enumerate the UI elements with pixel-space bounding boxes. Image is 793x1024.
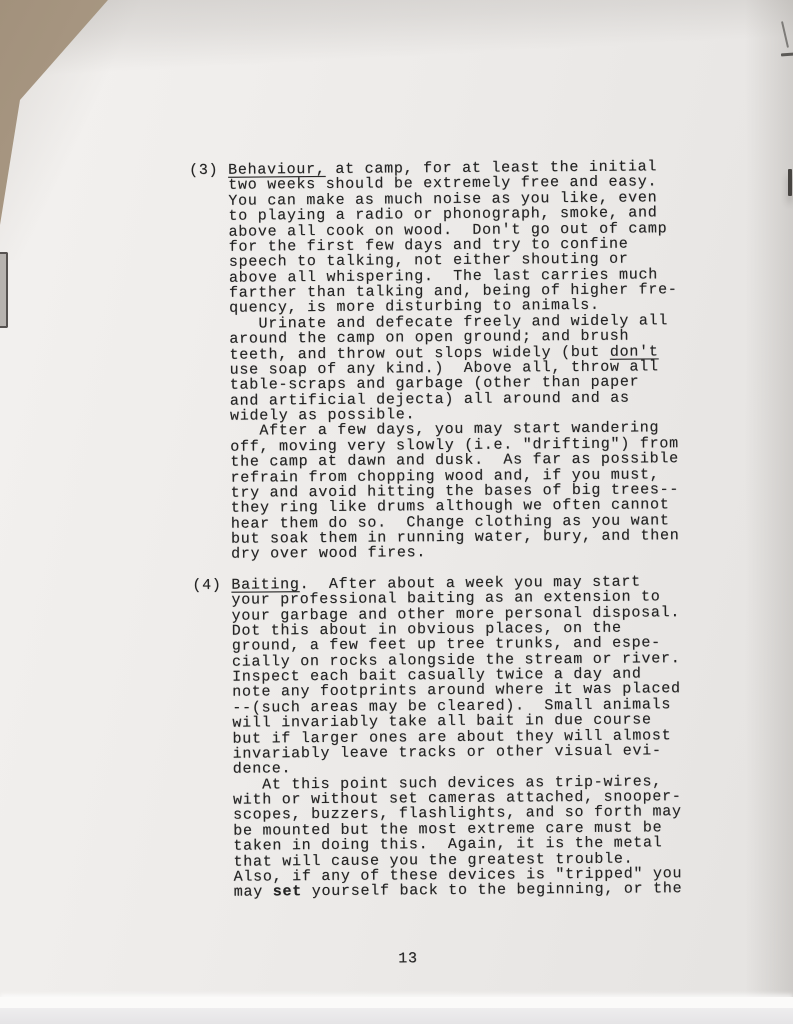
typewritten-text: (3) Behaviour, at camp, for at least the… <box>189 159 725 969</box>
paper-corner-shadow <box>0 0 140 260</box>
scan-artifact-left-mark <box>0 252 8 328</box>
paper-top-shadow <box>0 0 793 100</box>
paper-bottom-edge-highlight <box>0 997 793 1008</box>
paper-right-shadow <box>745 0 793 1024</box>
text-line: dry over wood fires. <box>192 543 722 563</box>
text-line: may set yourself back to the beginning, … <box>195 881 725 901</box>
page-number: 13 <box>195 947 725 968</box>
paper-bottom-edge-band <box>0 1008 793 1024</box>
section-3: (3) Behaviour, at camp, for at least the… <box>189 159 722 563</box>
paper-sheet: (3) Behaviour, at camp, for at least the… <box>0 0 793 1024</box>
section-4: (4) Baiting. After about a week you may … <box>192 574 725 901</box>
scan-artifact-right-mark <box>788 169 792 196</box>
text-line: but soak them in running water, bury, an… <box>192 528 722 548</box>
text-line: invariably leave tracks or other visual … <box>194 743 724 763</box>
